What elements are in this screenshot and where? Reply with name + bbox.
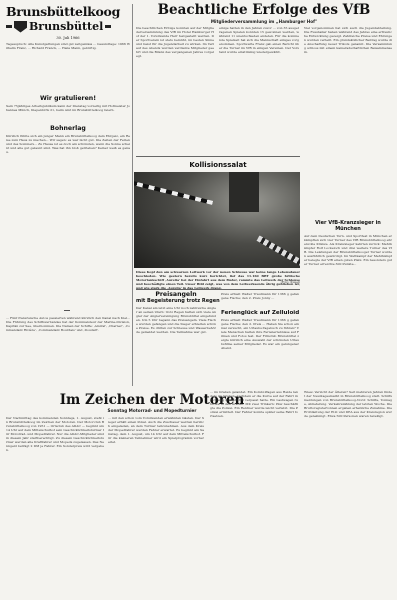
masthead-title-line1: Brunsbüttelkoog — [6, 4, 130, 19]
photo-story-headline: Kollisionssalat — [136, 161, 300, 169]
top-story-col1: Die beachtlichen Erfolge konnten auf der… — [136, 26, 214, 154]
photo-collision — [134, 172, 300, 268]
kranzsieger-headline: Vier VfB-Kranzsieger in München — [304, 220, 392, 232]
article-body-gratulieren: Sein 75jähriges Arbeitsjubiläum kann der… — [6, 104, 130, 121]
article-headline-gratulieren: Wir gratulieren! — [6, 95, 130, 102]
preisangeln-headline-1: Preisangeln — [136, 291, 216, 298]
top-story-subheadline: Mitgliederversammlung im „Hamburger Hof" — [136, 19, 392, 24]
bottom-story-col1: Der Nachmittag des kommenden Sonntags, 1… — [6, 416, 104, 596]
ferienglueck-lead: Preis erhielt Walter Trautmann für 1366 … — [221, 292, 299, 306]
left-intro-text: Tagesspruch: Alle Kunstgattungen sind gu… — [6, 42, 130, 92]
article-body-french-ships: ... Fünf französische Autos passierten w… — [6, 316, 130, 388]
article-body-bohnerlag: Kürzlich fühlte sich ein junger Mann ein… — [6, 134, 130, 304]
masthead-bar-right — [105, 25, 111, 28]
masthead-date: 30. Juli 1966 — [6, 36, 130, 40]
preisangeln-body: Der Kanal am letzt eine Uhr noch zahlrei… — [136, 306, 216, 386]
bottom-story-col3: ... im Graben gelandet. Ein Kombi-Wagen … — [210, 390, 298, 596]
kranzsieger-body: Auf dem Deutschen Turn- und Sportfest in… — [304, 234, 392, 386]
photo-structure — [229, 172, 259, 212]
photo-striped-barrier — [134, 179, 213, 205]
article-headline-bohnerlag: Bohnerlag — [6, 125, 130, 132]
masthead-bar-left — [6, 25, 12, 28]
preisangeln-headline-2: mit Begeisterung trotz Regen — [136, 298, 216, 304]
coat-of-arms-icon — [14, 21, 27, 33]
top-story-col2: einige hatten in den Jahren zuvor ... vo… — [219, 26, 299, 154]
masthead-title-line2: Brunsbüttel — [29, 20, 103, 33]
top-story-bottom-rule — [136, 156, 300, 157]
photo-striped-barrier-2 — [257, 235, 300, 268]
separator-mark — [64, 310, 70, 311]
bottom-story-col4: Wieso Verzicht der Älteren? Seit mehrere… — [304, 390, 392, 596]
masthead-row: Brunsbüttel — [6, 19, 130, 34]
ferienglueck-body: Preis erhielt Walter Trautmann für 1366 … — [221, 318, 299, 386]
top-story-headline: Beachtliche Erfolge des VfB — [136, 2, 392, 18]
top-story-col3: Viel vorgenommen hat sich auch die Jugen… — [304, 26, 392, 216]
photo-credit: (Foto: Kusel) — [240, 280, 300, 284]
bottom-story-col2: ... mit den schon vom Vorsitzenden erwäh… — [108, 416, 204, 596]
ferienglueck-headline: Ferienglück auf Zelluloid — [221, 310, 299, 316]
photo-bottom-rule — [136, 289, 300, 290]
column-divider — [132, 4, 133, 386]
